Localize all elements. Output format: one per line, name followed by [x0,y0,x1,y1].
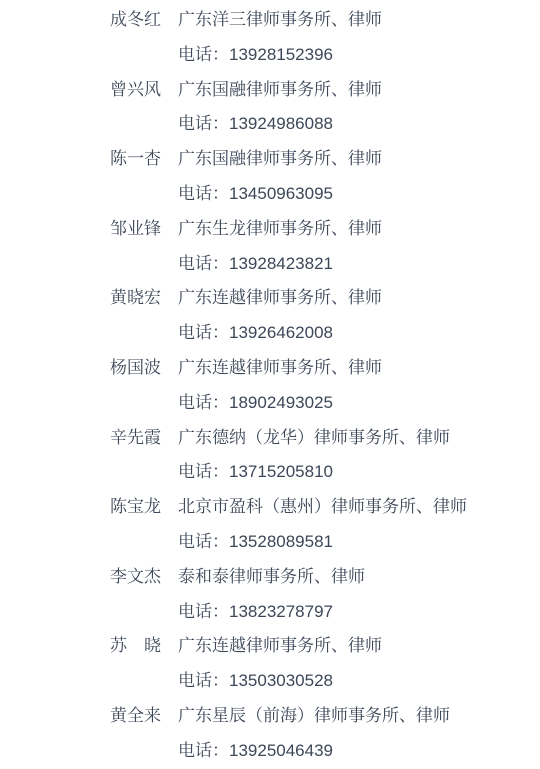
phone-line: 电话：13928423821 [178,247,540,282]
contact-info: 广东国融律师事务所、律师 电话：13450963095 [178,142,540,212]
lawyer-name: 黄晓宏 [110,281,162,316]
phone-label: 电话： [178,602,229,621]
contact-entry: 成冬红 广东洋三律师事务所、律师 电话：13928152396 [0,3,540,73]
contact-info: 广东连越律师事务所、律师 电话：13926462008 [178,281,540,351]
contact-info: 广东连越律师事务所、律师 电话：18902493025 [178,351,540,421]
law-firm-and-title: 广东连越律师事务所、律师 [178,351,540,386]
phone-label: 电话： [178,462,229,481]
contact-info: 广东连越律师事务所、律师 电话：13503030528 [178,629,540,699]
contact-info: 泰和泰律师事务所、律师 电话：13823278797 [178,560,540,630]
contact-entry: 黄晓宏 广东连越律师事务所、律师 电话：13926462008 [0,281,540,351]
phone-label: 电话： [178,671,229,690]
lawyer-contact-list-document: 成冬红 广东洋三律师事务所、律师 电话：13928152396 曾兴风 广东国融… [0,0,540,769]
phone-number: 13926462008 [229,323,333,342]
phone-number: 13928423821 [229,254,333,273]
law-firm-and-title: 北京市盈科（惠州）律师事务所、律师 [178,490,540,525]
contact-entry: 杨国波 广东连越律师事务所、律师 电话：18902493025 [0,351,540,421]
law-firm-and-title: 广东连越律师事务所、律师 [178,281,540,316]
phone-label: 电话： [178,114,229,133]
phone-number: 13503030528 [229,671,333,690]
phone-label: 电话： [178,323,229,342]
contact-info: 广东德纳（龙华）律师事务所、律师 电话：13715205810 [178,421,540,491]
contact-entry: 邹业锋 广东生龙律师事务所、律师 电话：13928423821 [0,212,540,282]
phone-number: 13823278797 [229,602,333,621]
phone-line: 电话：13528089581 [178,525,540,560]
phone-line: 电话：13928152396 [178,38,540,73]
phone-number: 13924986088 [229,114,333,133]
contact-entry: 李文杰 泰和泰律师事务所、律师 电话：13823278797 [0,560,540,630]
phone-number: 18902493025 [229,393,333,412]
contact-entry: 辛先霞 广东德纳（龙华）律师事务所、律师 电话：13715205810 [0,421,540,491]
law-firm-and-title: 广东生龙律师事务所、律师 [178,212,540,247]
contact-entry: 曾兴风 广东国融律师事务所、律师 电话：13924986088 [0,73,540,143]
law-firm-and-title: 广东洋三律师事务所、律师 [178,3,540,38]
law-firm-and-title: 广东星辰（前海）律师事务所、律师 [178,699,540,734]
law-firm-and-title: 广东德纳（龙华）律师事务所、律师 [178,421,540,456]
phone-label: 电话： [178,184,229,203]
phone-line: 电话：13503030528 [178,664,540,699]
contact-info: 广东洋三律师事务所、律师 电话：13928152396 [178,3,540,73]
phone-number: 13715205810 [229,462,333,481]
contact-info: 北京市盈科（惠州）律师事务所、律师 电话：13528089581 [178,490,540,560]
law-firm-and-title: 泰和泰律师事务所、律师 [178,560,540,595]
contact-entry: 陈宝龙 北京市盈科（惠州）律师事务所、律师 电话：13528089581 [0,490,540,560]
law-firm-and-title: 广东国融律师事务所、律师 [178,142,540,177]
law-firm-and-title: 广东连越律师事务所、律师 [178,629,540,664]
contact-entry: 陈一杏 广东国融律师事务所、律师 电话：13450963095 [0,142,540,212]
phone-line: 电话：13924986088 [178,107,540,142]
lawyer-name: 曾兴风 [110,73,162,108]
phone-number: 13925046439 [229,741,333,760]
contact-info: 广东生龙律师事务所、律师 电话：13928423821 [178,212,540,282]
phone-number: 13928152396 [229,45,333,64]
phone-number: 13450963095 [229,184,333,203]
contact-info: 广东国融律师事务所、律师 电话：13924986088 [178,73,540,143]
contact-entry: 苏 晓 广东连越律师事务所、律师 电话：13503030528 [0,629,540,699]
lawyer-name: 黄全来 [110,699,162,734]
contact-entry: 黄全来 广东星辰（前海）律师事务所、律师 电话：13925046439 [0,699,540,769]
phone-line: 电话：13925046439 [178,734,540,769]
phone-line: 电话：18902493025 [178,386,540,421]
lawyer-name: 李文杰 [110,560,162,595]
lawyer-name: 成冬红 [110,3,162,38]
lawyer-name: 杨国波 [110,351,162,386]
phone-number: 13528089581 [229,532,333,551]
phone-label: 电话： [178,45,229,64]
lawyer-name: 苏 晓 [110,629,162,664]
lawyer-name: 邹业锋 [110,212,162,247]
contact-info: 广东星辰（前海）律师事务所、律师 电话：13925046439 [178,699,540,769]
lawyer-name: 辛先霞 [110,421,162,456]
phone-label: 电话： [178,741,229,760]
phone-label: 电话： [178,532,229,551]
law-firm-and-title: 广东国融律师事务所、律师 [178,73,540,108]
phone-label: 电话： [178,254,229,273]
lawyer-name: 陈一杏 [110,142,162,177]
lawyer-name: 陈宝龙 [110,490,162,525]
phone-line: 电话：13450963095 [178,177,540,212]
phone-line: 电话：13926462008 [178,316,540,351]
phone-line: 电话：13715205810 [178,455,540,490]
phone-line: 电话：13823278797 [178,595,540,630]
phone-label: 电话： [178,393,229,412]
